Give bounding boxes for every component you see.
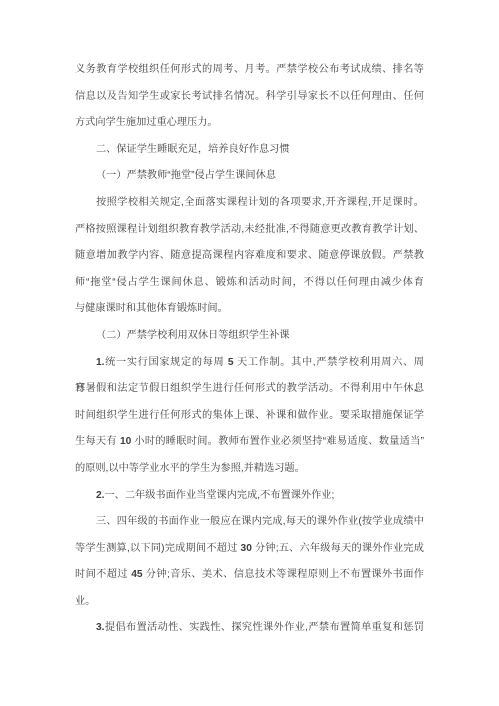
text-line: 3.提倡布置活动性、实践性、探究性课外作业,严禁布置简单重复和惩罚 bbox=[75, 615, 424, 642]
text-line: 义务教育学校组织任何形式的周考、月考。严禁学校公布考试成绩、排名等 bbox=[75, 57, 424, 84]
text-line: 信息以及告知学生或家长考试排名情况。科学引导家长不以任何理由、任何 bbox=[75, 84, 424, 111]
number-text: 45 bbox=[131, 569, 142, 580]
text-line: 时间不超过 45 分钟;音乐、美术、信息技术等课程原则上不布置课外书面作 bbox=[75, 562, 424, 589]
number-text: 5 bbox=[228, 357, 234, 368]
text-line: 随意增加教学内容、随意提高课程内容难度和要求、随意停课放假。严禁教 bbox=[75, 243, 424, 270]
text-line: 方式向学生施加过重心理压力。 bbox=[75, 110, 424, 137]
number-text: 3. bbox=[96, 622, 105, 633]
text-line: 二、保证学生睡眠充足，培养良好作息习惯 bbox=[75, 137, 424, 164]
text-line: 生每天有 10 小时的睡眠时间。教师布置作业必须坚持“难易适度、数量适当” bbox=[75, 429, 424, 456]
number-text: 30 bbox=[241, 543, 252, 554]
text-line: 按照学校相关规定,全面落实课程计划的各项要求,开齐课程,开足课时。 bbox=[75, 190, 424, 217]
text-line: 等学生测算,以下同)完成期间不超过 30 分钟;五、六年级每天的课外作业完成 bbox=[75, 536, 424, 563]
number-text: 10 bbox=[120, 436, 131, 447]
text-line: 三、四年级的书面作业一般应在课内完成,每天的课外作业(按学业成绩中 bbox=[75, 509, 424, 536]
text-line: 寒暑假和法定节假日组织学生进行任何形式的教学活动。不得利用中午休息 bbox=[75, 376, 424, 403]
text-line: 时间组织学生进行任何形式的集体上课、补课和做作业。要采取措施保证学 bbox=[75, 403, 424, 430]
text-line: （二）严禁学校利用双休日等组织学生补课 bbox=[75, 323, 424, 350]
text-line: 严格按照课程计划组织教育教学活动,未经批准,不得随意更改教育教学计划、 bbox=[75, 217, 424, 244]
text-line: 业。 bbox=[75, 589, 424, 616]
document-page: 义务教育学校组织任何形式的周考、月考。严禁学校公布考试成绩、排名等信息以及告知学… bbox=[0, 0, 499, 706]
text-line: 与健康课时和其他体育锻炼时间。 bbox=[75, 296, 424, 323]
number-text: 1. bbox=[96, 357, 105, 368]
text-line: （一）严禁教师“拖堂”侵占学生课间休息 bbox=[75, 163, 424, 190]
text-line: 师“拖堂“侵占学生课间休息、锻炼和活动时间，不得以任何理由减少体育 bbox=[75, 270, 424, 297]
number-text: 2. bbox=[96, 490, 105, 501]
document-body: 义务教育学校组织任何形式的周考、月考。严禁学校公布考试成绩、排名等信息以及告知学… bbox=[75, 57, 424, 642]
text-line: 的原则,以中等学业水平的学生为参照,并精选习题。 bbox=[75, 456, 424, 483]
text-line: 2.一、二年级书面作业当堂课内完成,不布置课外作业; bbox=[75, 483, 424, 510]
text-line: 1.统一实行国家规定的每周 5 天工作制。其中,严禁学校利用周六、周日、 bbox=[75, 350, 424, 377]
